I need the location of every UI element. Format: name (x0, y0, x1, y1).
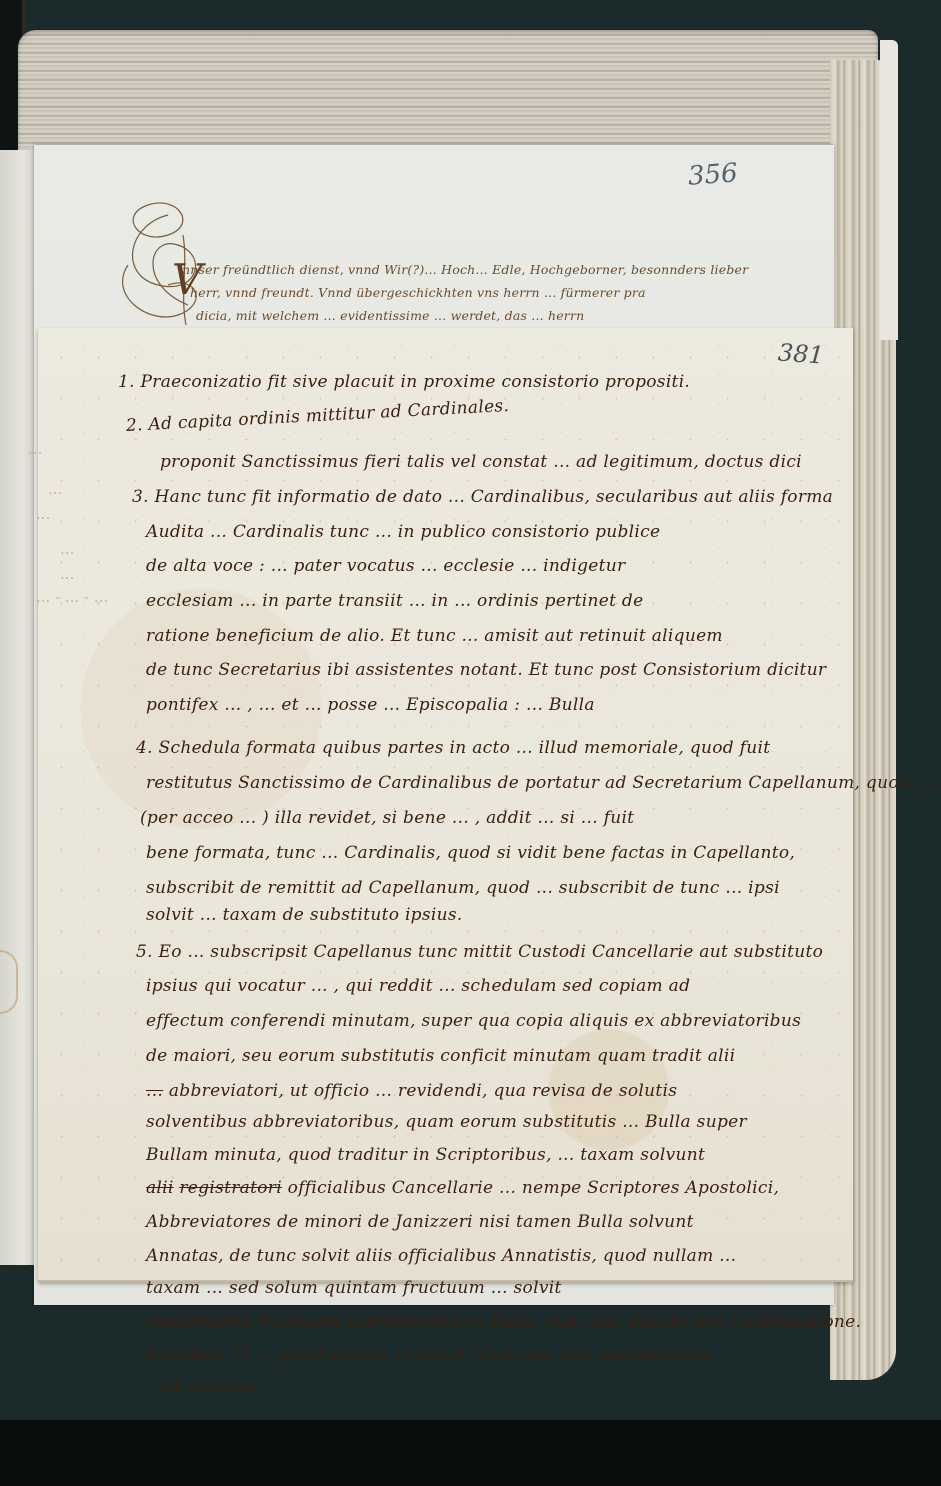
struck-word: alii (146, 1178, 174, 1198)
manuscript-line: (per acceo ... ) illa revidet, si bene .… (140, 808, 634, 828)
manuscript-line: pontifex ... , ... et ... posse ... Epis… (146, 695, 595, 715)
stain-mark (0, 950, 18, 1014)
manuscript-line: taxam ... sed solum quintam fructuum ...… (146, 1278, 562, 1298)
bleed-through-text: ... (36, 505, 50, 523)
manuscript-line: subscribit de remittit ad Capellanum, qu… (146, 878, 780, 898)
folio-number-356: 356 (687, 158, 739, 191)
manuscript-line: Audita ... Cardinalis tunc ... in public… (146, 522, 660, 542)
background-dark-bottom (0, 1420, 941, 1486)
manuscript-line: 24 ducatos (160, 1377, 257, 1397)
under-sheet-line: herr, vnnd freundt. Vnnd übergeschickhte… (190, 285, 646, 300)
manuscript-line: Bullam minuta, quod traditur in Scriptor… (146, 1145, 705, 1165)
manuscript-line: de alta voce : ... pater vocatus ... ecc… (146, 556, 625, 576)
bleed-through-text: ... (48, 480, 62, 498)
page-edges-top (18, 30, 878, 150)
manuscript-line: effectum conferendi minutam, super qua c… (146, 1011, 801, 1031)
bleed-through-text: ... (28, 440, 42, 458)
struck-word: registratori (179, 1178, 282, 1198)
flyleaf-right (880, 40, 898, 340)
struck-word: ... (146, 1081, 163, 1101)
manuscript-line: ipsius qui vocatur ... , qui reddit ... … (146, 976, 690, 996)
manuscript-line: solventibus abbreviatoribus, quam eorum … (146, 1112, 747, 1132)
manuscript-line: solvit ... taxam de substituto ipsius. (146, 905, 463, 925)
bleed-through-text: ... - ... - ... (36, 588, 108, 606)
manuscript-line: ecclesiam ... in parte transiit ... in .… (146, 591, 643, 611)
manuscript-line: medietatem fructuum expressorum in Bulla… (146, 1312, 861, 1332)
bleed-through-text: ... (60, 565, 74, 583)
manuscript-line: Abbreviatores de minori de Janizzeri nis… (146, 1212, 694, 1232)
manuscript-line: 5. Eo ... subscripsit Capellanus tunc mi… (136, 942, 823, 962)
under-sheet-line: dicia, mit welchem ... evidentissime ...… (196, 308, 584, 323)
manuscript-line: proponit Sanctissimus fieri talis vel co… (160, 452, 802, 472)
bleed-through-text: ... (60, 540, 74, 558)
under-sheet-line: nnser freündtlich dienst, vnnd Wir(?)...… (182, 262, 748, 277)
manuscript-line: quolibet. Et ... quod annata in solvit f… (146, 1345, 712, 1365)
manuscript-line: ratione beneficium de alio. Et tunc ... … (146, 626, 723, 646)
manuscript-line: de tunc Secretarius ibi assistentes nota… (146, 660, 826, 680)
folio-number-381: 381 (777, 338, 825, 369)
manuscript-line: ... abbreviatori, ut officio ... reviden… (146, 1081, 677, 1101)
manuscript-line: de maiori, seu eorum substitutis confici… (146, 1046, 735, 1066)
manuscript-line: 4. Schedula formata quibus partes in act… (136, 738, 770, 758)
manuscript-line: 1. Praeconizatio fit sive placuit in pro… (118, 372, 690, 392)
manuscript-line: restitutus Sanctissimo de Cardinalibus d… (146, 773, 941, 793)
manuscript-line: bene formata, tunc ... Cardinalis, quod … (146, 843, 795, 863)
manuscript-line: 3. Hanc tunc fit informatio de dato ... … (132, 487, 833, 507)
manuscript-line: alii registratori officialibus Cancellar… (146, 1178, 779, 1198)
manuscript-line: Annatas, de tunc solvit aliis officialib… (146, 1246, 736, 1266)
